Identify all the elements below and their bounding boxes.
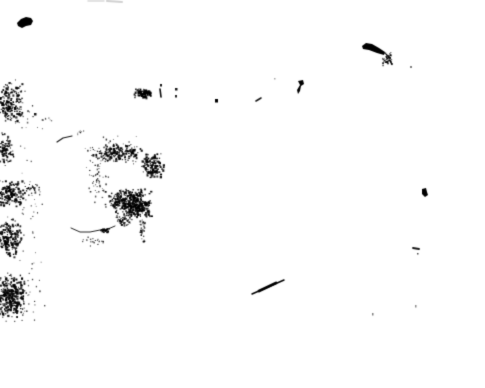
image-viewport: [0, 0, 485, 388]
binarized-image-canvas: [0, 0, 485, 388]
